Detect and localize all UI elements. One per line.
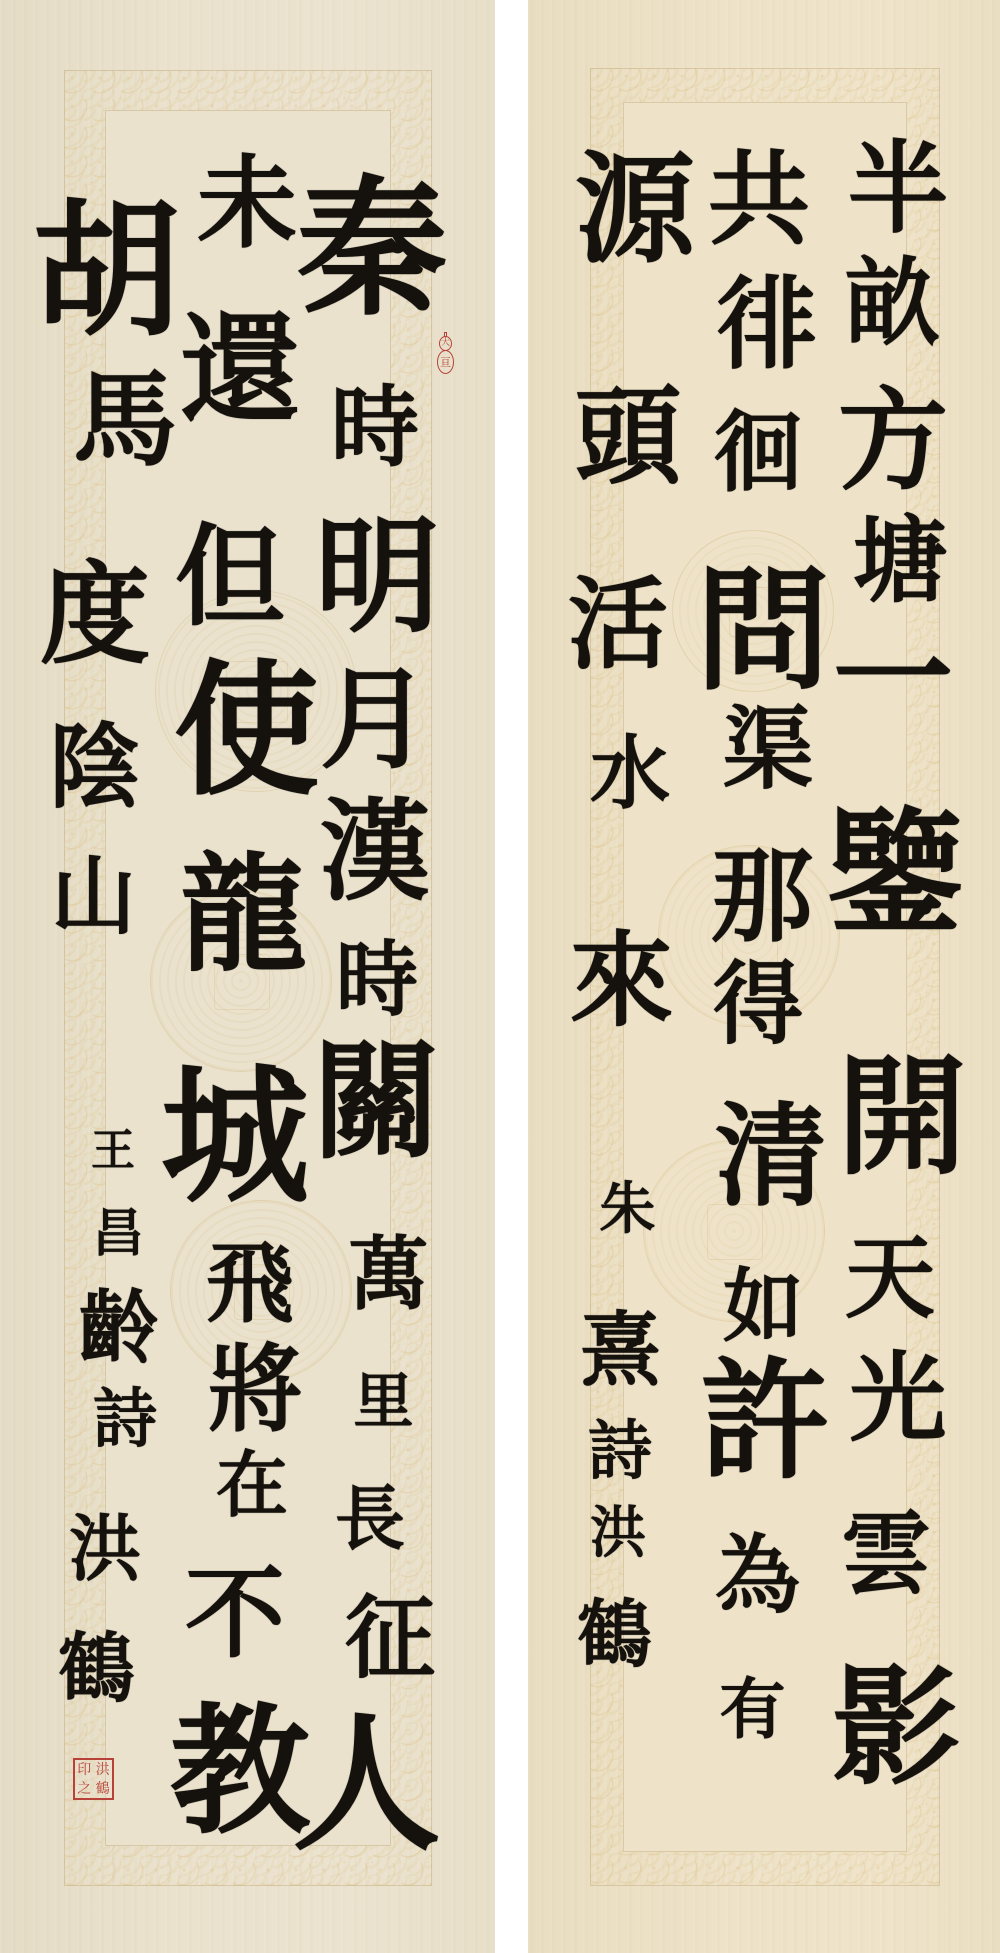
left-calligraphy-scroll: 秦 時 明 月 漢 時 關 萬 里 長 征 人 未 還 但 使 龍 城 飛 將 … [0, 0, 495, 1953]
seal-character: 亘 [437, 350, 454, 374]
signature-character: 鶴 [60, 1591, 133, 1747]
seal-character: 洪 [94, 1760, 113, 1779]
name-seal: 印 洪 之 鶴 [73, 1758, 114, 1800]
inscription-character: 詩 [585, 1418, 655, 1485]
inscription-column: 王 昌 齡 詩 洪 鶴 [0, 0, 495, 1953]
signature-character: 鶴 [578, 1571, 651, 1699]
seal-character: 印 [75, 1760, 94, 1779]
inscription-column: 朱 熹 詩 洪 鶴 [528, 0, 1000, 1953]
seal-character: 之 [75, 1779, 94, 1798]
inscription-character: 詩 [90, 1386, 160, 1453]
inscription-character: 昌 [93, 1198, 143, 1270]
gourd-seal: 大 亘 [437, 332, 454, 377]
signature-character: 洪 [60, 1511, 150, 1587]
signature-character: 洪 [575, 1505, 661, 1561]
inscription-character: 王 [93, 1122, 133, 1180]
inscription-character: 熹 [580, 1286, 661, 1413]
inscription-character: 朱 [600, 1158, 655, 1260]
inscription-character: 齡 [77, 1283, 160, 1372]
right-calligraphy-scroll: 半 畝 方 塘 一 鑒 開 天 光 雲 影 共 徘 徊 問 渠 那 得 清 如 … [528, 0, 1000, 1953]
seal-character: 鶴 [94, 1779, 113, 1798]
seal-character: 大 [439, 336, 452, 351]
